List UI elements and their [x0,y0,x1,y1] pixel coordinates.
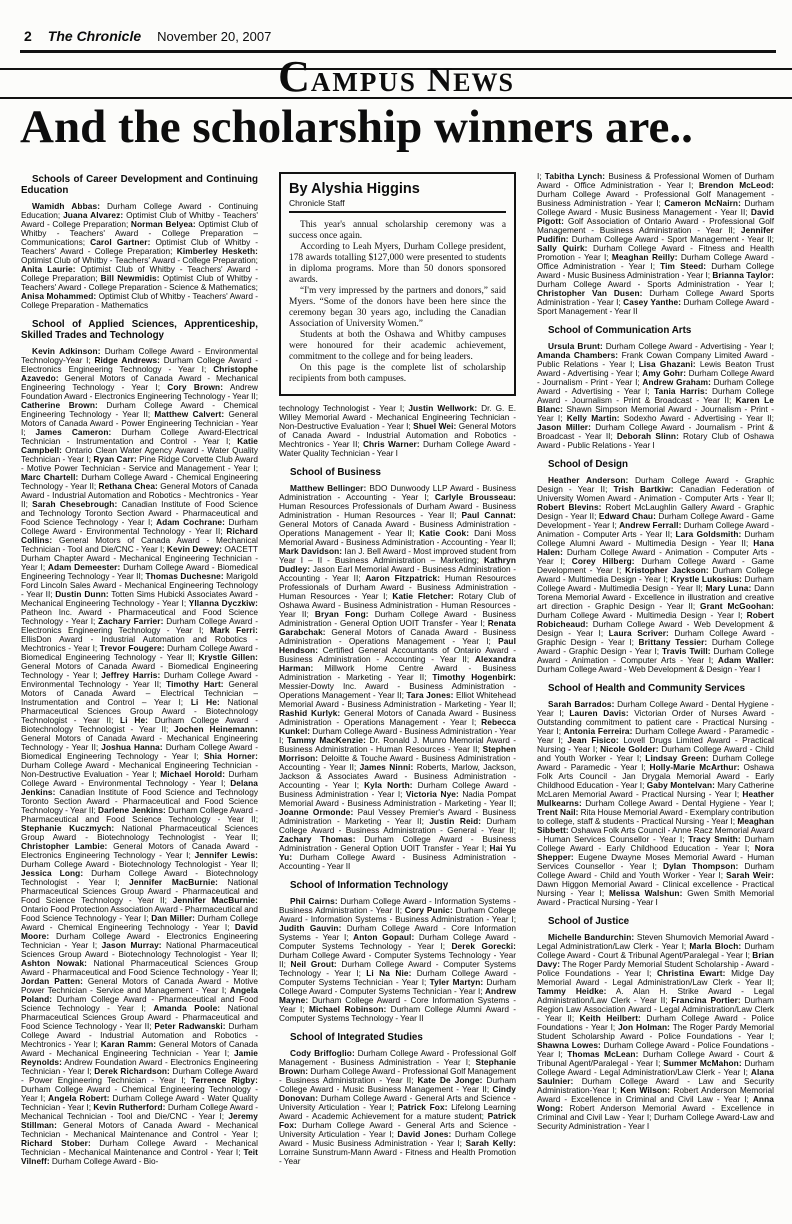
winner-name: Hana Halen: [537,538,774,557]
winner-name: Norman Belyea: [131,219,196,229]
winner-name: Anna Wong: [537,1094,774,1113]
winner-name: Victoria Nye: [406,789,459,799]
winner-name: Jon Holman: [618,1022,670,1032]
winner-name: Ridge Andrews: [94,355,160,365]
winner-name: Summer McMahon: [663,1058,742,1068]
winner-name: Anton Gopaul: [353,932,414,942]
winner-name: Tammy Heidke: [537,986,607,996]
award-list: technology Technologist - Year I; Justin… [279,404,516,458]
winner-name: Matthew Calvert: [154,409,224,419]
winner-name: Thomas McLean: [567,1049,638,1059]
winner-name: Stephanie Brown: [279,1057,516,1076]
author-role: Chronicle Staff [289,198,506,208]
column-middle-blocks: technology Technologist - Year I; Justin… [279,404,516,1166]
winner-name: Juana Alvarez: [63,210,123,220]
winner-name: Lauren Davis: [569,708,628,718]
section-banner: CAMPUSNEWS [0,53,792,101]
winner-name: Teit Vilneff: [21,1147,258,1166]
winner-name: Mark Ferri: [210,625,258,635]
winner-name: Jeffrey Harris: [101,670,160,680]
winner-name: Jennifer MacBurnie: [129,877,218,887]
winner-name: Kathryn Dudley: [279,555,516,574]
winner-name: James Ninni: [360,762,414,772]
winner-name: Mary Luna: [706,583,752,593]
winner-name: Ryan Carr: [93,454,136,464]
winner-name: Li He: [191,697,220,707]
winner-name: Stephanie Kuczmych: [21,823,114,833]
winner-name: Trevor Fougere: [100,643,165,653]
winner-name: Andrew Ferrall: [619,520,681,530]
article-paragraph: This year's annual scholarship ceremony … [289,220,506,242]
winner-name: Patrick Fox: [279,1111,516,1130]
winner-name: Ken Wilson: [620,1085,670,1095]
winner-name: Darlene Jenkins: [98,805,166,815]
winner-name: Jamie Reynolds: [21,1048,258,1067]
winner-name: Trish Bartkiw: [614,484,674,494]
winner-name: Katie Cook: [419,528,469,538]
winner-name: Deborah Slinn: [617,431,679,441]
winner-name: Tracy Smith: [688,834,740,844]
winner-name: Peter Radwanski: [154,1021,225,1031]
award-list: Ursula Brunt: Durham College Award - Adv… [537,342,774,450]
column-right: I; Tabitha Lynch: Business & Professiona… [537,172,774,1168]
award-list: Wamidh Abbas: Durham College Award - Con… [21,202,258,310]
byline-rule [289,211,506,213]
winner-name: Anita Laurie: [21,264,76,274]
winner-name: Jochen Heinemann: [174,724,258,734]
winner-name: Yllanna Dyczkiw: [189,598,258,608]
winner-name: Rethana Chea: [99,481,158,491]
award-list: Kevin Adkinson: Durham College Award - E… [21,347,258,1166]
winner-name: Jessica Long: [21,868,83,878]
winner-name: Cindy Donovan: [279,1084,516,1103]
winner-name: Christophe Azavedo: [21,364,258,383]
issue-date: November 20, 2007 [157,29,271,44]
winner-name: Jordan Patten: [21,976,83,986]
winner-name: Aaron Fitzpatrick: [365,573,440,583]
winner-name: Rebecca Kunkel: [279,717,516,736]
winner-name: Neil Grout: [291,959,337,969]
winner-name: Renata Garabchak: [279,618,516,637]
winner-name: Tara Jones: [406,690,453,700]
section-heading: School of Justice [537,916,774,927]
winner-name: Jason Miller: [537,422,591,432]
winner-name: Hai Yu Yu: [279,843,516,862]
winner-name: Tim Steed: [660,261,706,271]
winner-name: Sarah Weir: [726,870,774,880]
winner-name: Stephen Morrison: [279,744,516,763]
winner-name: Matthew Bellinger: [290,483,366,493]
winner-name: Timothy Hart: [166,679,224,689]
winner-name: Kate De Jonge: [417,1075,482,1085]
winner-name: Joanne Ormonde: [279,807,353,817]
winner-name: Li Na Nie: [366,968,411,978]
winner-name: Meaghan Sibbett: [537,816,774,835]
winner-name: Krystle Gillen: [198,652,258,662]
winner-name: Justin Reid: [429,816,481,826]
section-heading: School of Business [279,467,516,478]
award-list: Sarah Barrados: Durham College Award - D… [537,700,774,907]
winner-name: Amanda Chambers: [537,350,618,360]
winner-name: Jennifer Pudifin: [537,225,774,244]
article-paragraph: On this page is the complete list of sch… [289,363,506,385]
winner-name: Michelle Bandurchin: [548,932,634,942]
paper-name: The Chronicle [48,28,141,44]
winner-name: Catherine Brown: [21,400,98,410]
winner-name: Casey Yanthe: [623,297,681,307]
winner-name: Kevin Adkinson: [32,346,101,356]
winner-name: Carol Gartner: [90,237,150,247]
winner-name: Bill Newmidis: [101,273,160,283]
winner-name: Judith Gauvin: [279,923,341,933]
winner-name: Lara Goldsmith: [675,529,741,539]
winner-name: Shia Horner: [204,751,258,761]
section-heading: School of Information Technology [279,880,516,891]
winner-name: Dan Miller: [151,913,195,923]
winner-name: Kevin Rutherford: [93,1102,165,1112]
winner-name: Richard Collins: [21,526,258,545]
winner-name: Adam Demeester: [48,562,121,572]
winner-name: Derek Gorecki: [451,941,516,951]
winner-name: Li He: [120,715,148,725]
winner-name: Patrick Fox: [398,1102,448,1112]
winner-name: Sarah Kelly: [466,1138,516,1148]
winner-name: Derek Richardson: [94,1066,170,1076]
winner-name: Mark Davidson: [279,546,342,556]
winner-name: David Jones: [397,1129,451,1139]
award-list: Michelle Bandurchin: Steven Shumovich Me… [537,933,774,1131]
award-list: Phil Cairns: Durham College Award - Info… [279,897,516,1023]
winner-name: Francina Portier: [671,995,741,1005]
winner-name: Trent Nail: [537,807,579,817]
winner-name: Michael Horold: [160,769,225,779]
winner-name: Marla Bloch: [689,941,741,951]
winner-name: Travis Twill: [662,646,711,656]
winner-name: Angela Poland: [21,985,258,1004]
article-paragraph: “I'm very impressed by the partners and … [289,286,506,330]
winner-name: Cody Briffoglio: [290,1048,355,1058]
winner-name: Adam Waller: [718,655,774,665]
winner-name: Delana Jenkins: [21,778,258,797]
column-middle: By Alyshia Higgins Chronicle Staff This … [279,172,516,1168]
winner-name: Zachary Thomas: [279,834,356,844]
award-list: Cody Briffoglio: Durham College Award - … [279,1049,516,1166]
winner-name: Zachary Farrier: [98,616,163,626]
winner-name: Anisa Mohammed: [21,291,96,301]
winner-name: Katie Campbell: [21,436,258,455]
winner-name: Cameron McNairn: [664,198,741,208]
section-heading: Schools of Career Development and Contin… [21,174,258,196]
winner-name: Jason Murray: [102,940,162,950]
winner-name: Melissa Walshun: [609,888,682,898]
winner-name: Paul Hendson: [279,636,516,655]
winner-name: Tyler Martyn: [430,977,484,987]
award-list: Matthew Bellinger: BDO Dunwoody LLP Awar… [279,484,516,871]
winner-name: Tania Harris: [654,386,708,396]
section-heading: School of Health and Community Services [537,683,774,694]
winner-name: Kevin Dewey: [167,544,222,554]
winner-name: David Pigott: [537,207,774,226]
winner-name: Bryan Fong: [315,609,369,619]
column-left: Schools of Career Development and Contin… [21,172,258,1168]
winner-name: Gaby Montelvan: [647,780,715,790]
winner-name: Thomas Duchesne: [146,571,224,581]
winner-name: Cory Punic: [405,905,453,915]
winner-name: Alana Saulnier: [537,1067,774,1086]
winner-name: Robert Robicheaud: [537,610,774,629]
columns: Schools of Career Development and Contin… [21,172,774,1168]
section-banner-title: CAMPUSNEWS [0,53,792,111]
winner-name: Jennifer Lewis: [195,850,258,860]
section-heading: School of Integrated Studies [279,1032,516,1043]
column-right-blocks: I; Tabitha Lynch: Business & Professiona… [537,172,774,1131]
winner-name: Rashid Kurlyk: [279,708,340,718]
winner-name: Holly-Marie McArthur: [650,762,740,772]
winner-name: Chris Warner: [363,439,420,449]
winner-name: Michael Robinson: [309,1004,386,1014]
byline-box: By Alyshia Higgins Chronicle Staff This … [279,172,516,396]
winner-name: Heather Mulkearns: [537,789,774,808]
page-number: 2 [24,28,32,44]
winner-name: Christopher Lambie: [21,841,107,851]
winner-name: Cory Brown: [167,382,223,392]
winner-name: Amanda Poole: [153,1003,220,1013]
section-heading: School of Applied Sciences, Apprenticesh… [21,319,258,341]
winner-name: Terrence Rigby: [191,1075,258,1085]
article-paragraph: Students at both the Oshawa and Whitby c… [289,330,506,363]
winner-name: Andrew Mayne: [279,986,516,1005]
winner-name: Brian Davy: [537,950,774,969]
winner-name: James Cameron: [36,427,112,437]
award-list: Heather Anderson: Durham College Award -… [537,476,774,674]
newspaper-page: { "masthead": { "page_number": "2", "pap… [0,0,792,1224]
winner-name: Christina Ewart: [657,968,725,978]
article-paragraph: According to Leah Myers, Durham College … [289,242,506,286]
winner-name: Tammy MacKenzie: [287,735,366,745]
winner-name: Sally Quirk: [537,243,588,253]
winner-name: Alexandra Harman: [279,654,516,673]
winner-name: Brendon McLeod: [699,180,774,190]
winner-name: Sarah Chesebrough: [32,499,117,509]
winner-name: Katie Fletcher: [392,591,453,601]
article-body: This year's annual scholarship ceremony … [289,220,506,385]
winner-name: Jeremy Stillman: [21,1111,258,1130]
banner-letters: AMPUS [311,67,417,97]
section-heading: School of Communication Arts [537,325,774,336]
winner-name: Tabitha Lynch: [545,171,605,181]
winner-name: Dustin Dunn: [55,589,109,599]
winner-name: Shuel Wei: [413,421,456,431]
winner-name: Brianna Taylor: [712,270,774,280]
winner-name: Richard Stober: [21,1138,91,1148]
winner-name: Jennifer MacBurnie: [173,895,258,905]
winner-name: Carlyle Brousseau: [435,492,516,502]
banner-letters: EWS [453,68,514,97]
section-heading: School of Design [537,459,774,470]
award-list: I; Tabitha Lynch: Business & Professiona… [537,172,774,316]
masthead: 2 The Chronicle November 20, 2007 [24,28,772,44]
winner-name: Kimberley Hesketh: [177,246,258,256]
winner-name: Nora Shepper: [537,843,774,862]
winner-name: Ashton Nowak: [21,958,87,968]
winner-name: Phil Cairns: [290,896,338,906]
winner-name: Marc Chartell: [21,472,78,482]
banner-letter: C [278,52,311,101]
winner-name: Paul Cannat: [461,510,516,520]
winner-name: Adam Cochrane: [156,517,225,527]
banner-letter: N [427,60,453,99]
author: By Alyshia Higgins [289,181,506,197]
winner-name: Justin Wellwork: [408,403,477,413]
winner-name: Karan Ramm: [101,1039,156,1049]
winner-name: Robert Blevins: [537,502,602,512]
winner-name: David Moore: [21,922,258,941]
winner-name: Joshua Hanna: [101,742,162,752]
winner-name: Karen Le Blanc: [537,395,774,414]
winner-name: Timothy Hogenbirk: [432,672,516,682]
column-left-blocks: Schools of Career Development and Contin… [21,174,258,1166]
